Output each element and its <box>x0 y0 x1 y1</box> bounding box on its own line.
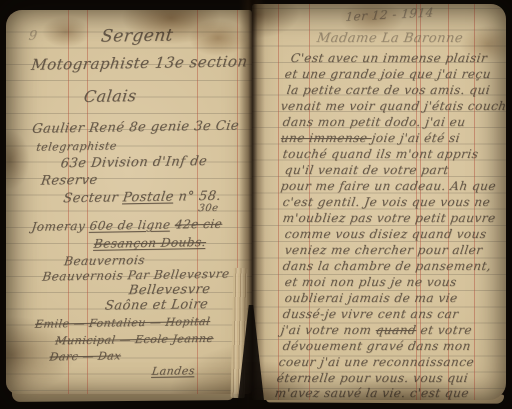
handwritten-line: comme vous disiez quand vous <box>284 228 487 240</box>
handwritten-line: pour me faire un cadeau. Ah que <box>280 180 497 192</box>
handwritten-line: C'est avec un immense plaisir <box>290 52 488 64</box>
handwritten-line: m'oubliez pas votre petit pauvre <box>282 212 496 224</box>
handwriting-segment: une immense <box>280 131 373 145</box>
handwritten-line: Jomeray 60e de ligne 42e cie <box>31 218 223 233</box>
handwriting-segment: veniez me chercher pour aller <box>284 243 484 257</box>
handwriting-segment: touché quand ils m'ont appris <box>282 147 480 161</box>
handwritten-line: et moi non plus je ne vous <box>284 276 458 288</box>
handwritten-line: dans la chambre de pansement, <box>282 260 492 272</box>
handwriting-segment: éternelle pour vous. vous qui <box>276 371 469 385</box>
handwriting-segment: C'est avec un immense plaisir <box>290 51 488 65</box>
handwritten-line: j'ai votre nom quand et votre <box>280 324 473 336</box>
handwriting-segment: Saône et Loire <box>104 297 209 314</box>
handwriting-segment: Darc — Dax <box>49 349 122 363</box>
handwriting-segment: Emile — Fontalieu — Hopital <box>34 315 211 331</box>
handwriting-segment: 1er 12 - 1914 <box>345 5 434 24</box>
handwritten-line: éternelle pour vous. vous qui <box>276 372 469 384</box>
handwritten-line: Beauvernois <box>63 254 145 267</box>
handwritten-line: 63e Division d'Inf de <box>60 155 208 170</box>
handwritten-line: Bellevesvre <box>128 283 211 297</box>
handwriting-segment: Motographiste 13e section <box>30 52 249 73</box>
handwritten-line: Municipal — Ecole Jeanne <box>55 333 215 347</box>
handwriting-segment: c'est gentil. Je vois que vous ne <box>282 195 491 209</box>
handwriting-segment: Sergent <box>100 26 175 47</box>
handwriting-segment: Beauvernois <box>63 253 146 268</box>
handwritten-line: Beauvernois Par Bellevesvre <box>42 268 231 283</box>
handwriting-segment: Besançon Doubs. <box>93 235 207 251</box>
handwritten-line: la petite carte de vos amis. qui <box>286 84 491 96</box>
handwritten-line: veniez me chercher pour aller <box>284 244 483 256</box>
handwriting-segment: Jomeray <box>31 219 91 234</box>
handwriting-segment: Landes <box>151 364 196 378</box>
handwriting-segment: Gaulier René 8e genie 3e Cie <box>31 118 240 136</box>
handwriting-segment: Beauvernois Par Bellevesvre <box>42 267 231 284</box>
handwritten-line: Motographiste 13e section <box>30 54 248 72</box>
handwriting-segment: quand <box>375 323 417 337</box>
handwriting-segment: 30e <box>198 203 220 214</box>
handwritten-line: c'est gentil. Je vois que vous ne <box>282 196 491 208</box>
handwritten-line: coeur j'ai une reconnaissance <box>278 356 475 368</box>
handwriting-segment: venait me voir quand j'étais couché <box>280 99 506 113</box>
handwriting-segment: la petite carte de vos amis. qui <box>286 83 491 97</box>
handwritten-line: dévouement gravé dans mon <box>282 340 472 352</box>
handwriting-segment: dévouement gravé dans mon <box>282 339 472 353</box>
handwriting-segment: Postale <box>122 190 175 206</box>
handwritten-line: telegraphiste <box>36 140 118 152</box>
notebook-photo: 9SergentMotographiste 13e sectionCalaisG… <box>0 0 512 409</box>
handwriting-segment: pour me faire un cadeau. Ah que <box>280 179 497 193</box>
handwriting-segment: dans la chambre de pansement, <box>282 259 492 273</box>
right-page: 1er 12 - 1914Madame La BaronneC'est avec… <box>252 4 506 400</box>
handwritten-line: Besançon Doubs. <box>93 236 207 250</box>
handwriting-segment: Madame La Baronne <box>316 31 464 46</box>
handwritten-line: dans mon petit dodo. j'ai eu <box>282 116 466 128</box>
handwritten-line: Calais <box>83 88 138 105</box>
handwritten-line: m'avez sauvé la vie. c'est que <box>274 387 470 399</box>
handwritten-line: Emile — Fontalieu — Hopital <box>34 316 210 330</box>
handwritten-line: Gaulier René 8e genie 3e Cie <box>31 119 240 135</box>
handwriting-segment: Reserve <box>40 173 98 189</box>
handwriting-segment: joie j'ai été si <box>371 131 461 145</box>
right-page-handwriting: 1er 12 - 1914Madame La BaronneC'est avec… <box>252 4 506 400</box>
handwritten-line: venait me voir quand j'étais couché <box>280 100 506 112</box>
handwriting-segment: j'ai votre nom <box>280 323 377 337</box>
handwritten-line: et une grande joie que j'ai reçu <box>284 68 492 80</box>
handwritten-line: Madame La Baronne <box>316 32 464 45</box>
handwriting-segment: Calais <box>83 86 138 106</box>
handwritten-line: touché quand ils m'ont appris <box>282 148 479 160</box>
handwriting-segment: comme vous disiez quand vous <box>284 227 488 241</box>
handwriting-segment: et votre <box>415 323 473 337</box>
handwritten-line: une immense joie j'ai été si <box>280 132 461 144</box>
handwriting-segment: m'oubliez pas votre petit pauvre <box>282 211 497 225</box>
handwriting-segment: oublierai jamais de ma vie <box>284 291 459 305</box>
handwritten-line: dussé-je vivre cent ans car <box>282 308 459 320</box>
handwriting-segment: coeur j'ai une reconnaissance <box>278 355 475 369</box>
handwritten-line: Sergent <box>100 28 174 46</box>
handwritten-line: 9 <box>28 30 38 43</box>
handwritten-line: oublierai jamais de ma vie <box>284 292 459 304</box>
handwriting-segment: et une grande joie que j'ai reçu <box>284 67 492 81</box>
handwritten-line: Saône et Loire <box>104 298 209 313</box>
handwriting-segment: dans mon petit dodo. j'ai eu <box>282 115 467 129</box>
handwritten-line: Reserve <box>40 174 98 188</box>
handwritten-line: 1er 12 - 1914 <box>345 6 434 23</box>
left-page: 9SergentMotographiste 13e sectionCalaisG… <box>6 10 252 394</box>
handwriting-segment: Bellevesvre <box>128 282 212 298</box>
handwritten-line: qu'il venait de votre part <box>284 164 450 176</box>
handwritten-line: Darc — Dax <box>49 350 122 362</box>
handwriting-segment: Secteur <box>62 190 123 206</box>
handwriting-segment: 63e Division d'Inf de <box>60 154 208 171</box>
handwriting-segment: Municipal — Ecole Jeanne <box>55 332 215 348</box>
handwriting-segment: telegraphiste <box>35 139 117 153</box>
handwriting-segment: 9 <box>28 29 39 44</box>
handwriting-segment: et moi non plus je ne vous <box>284 275 458 289</box>
handwritten-line: 30e <box>198 204 219 214</box>
handwriting-segment: qu'il venait de votre part <box>284 163 450 177</box>
handwritten-line: Landes <box>151 365 196 377</box>
handwriting-segment: m'avez sauvé la vie. c'est que <box>274 386 470 400</box>
handwriting-segment: 60e de ligne <box>89 218 172 233</box>
handwriting-segment: 42e cie <box>174 217 223 232</box>
handwriting-segment: dussé-je vivre cent ans car <box>282 307 460 321</box>
left-page-handwriting: 9SergentMotographiste 13e sectionCalaisG… <box>6 10 252 394</box>
